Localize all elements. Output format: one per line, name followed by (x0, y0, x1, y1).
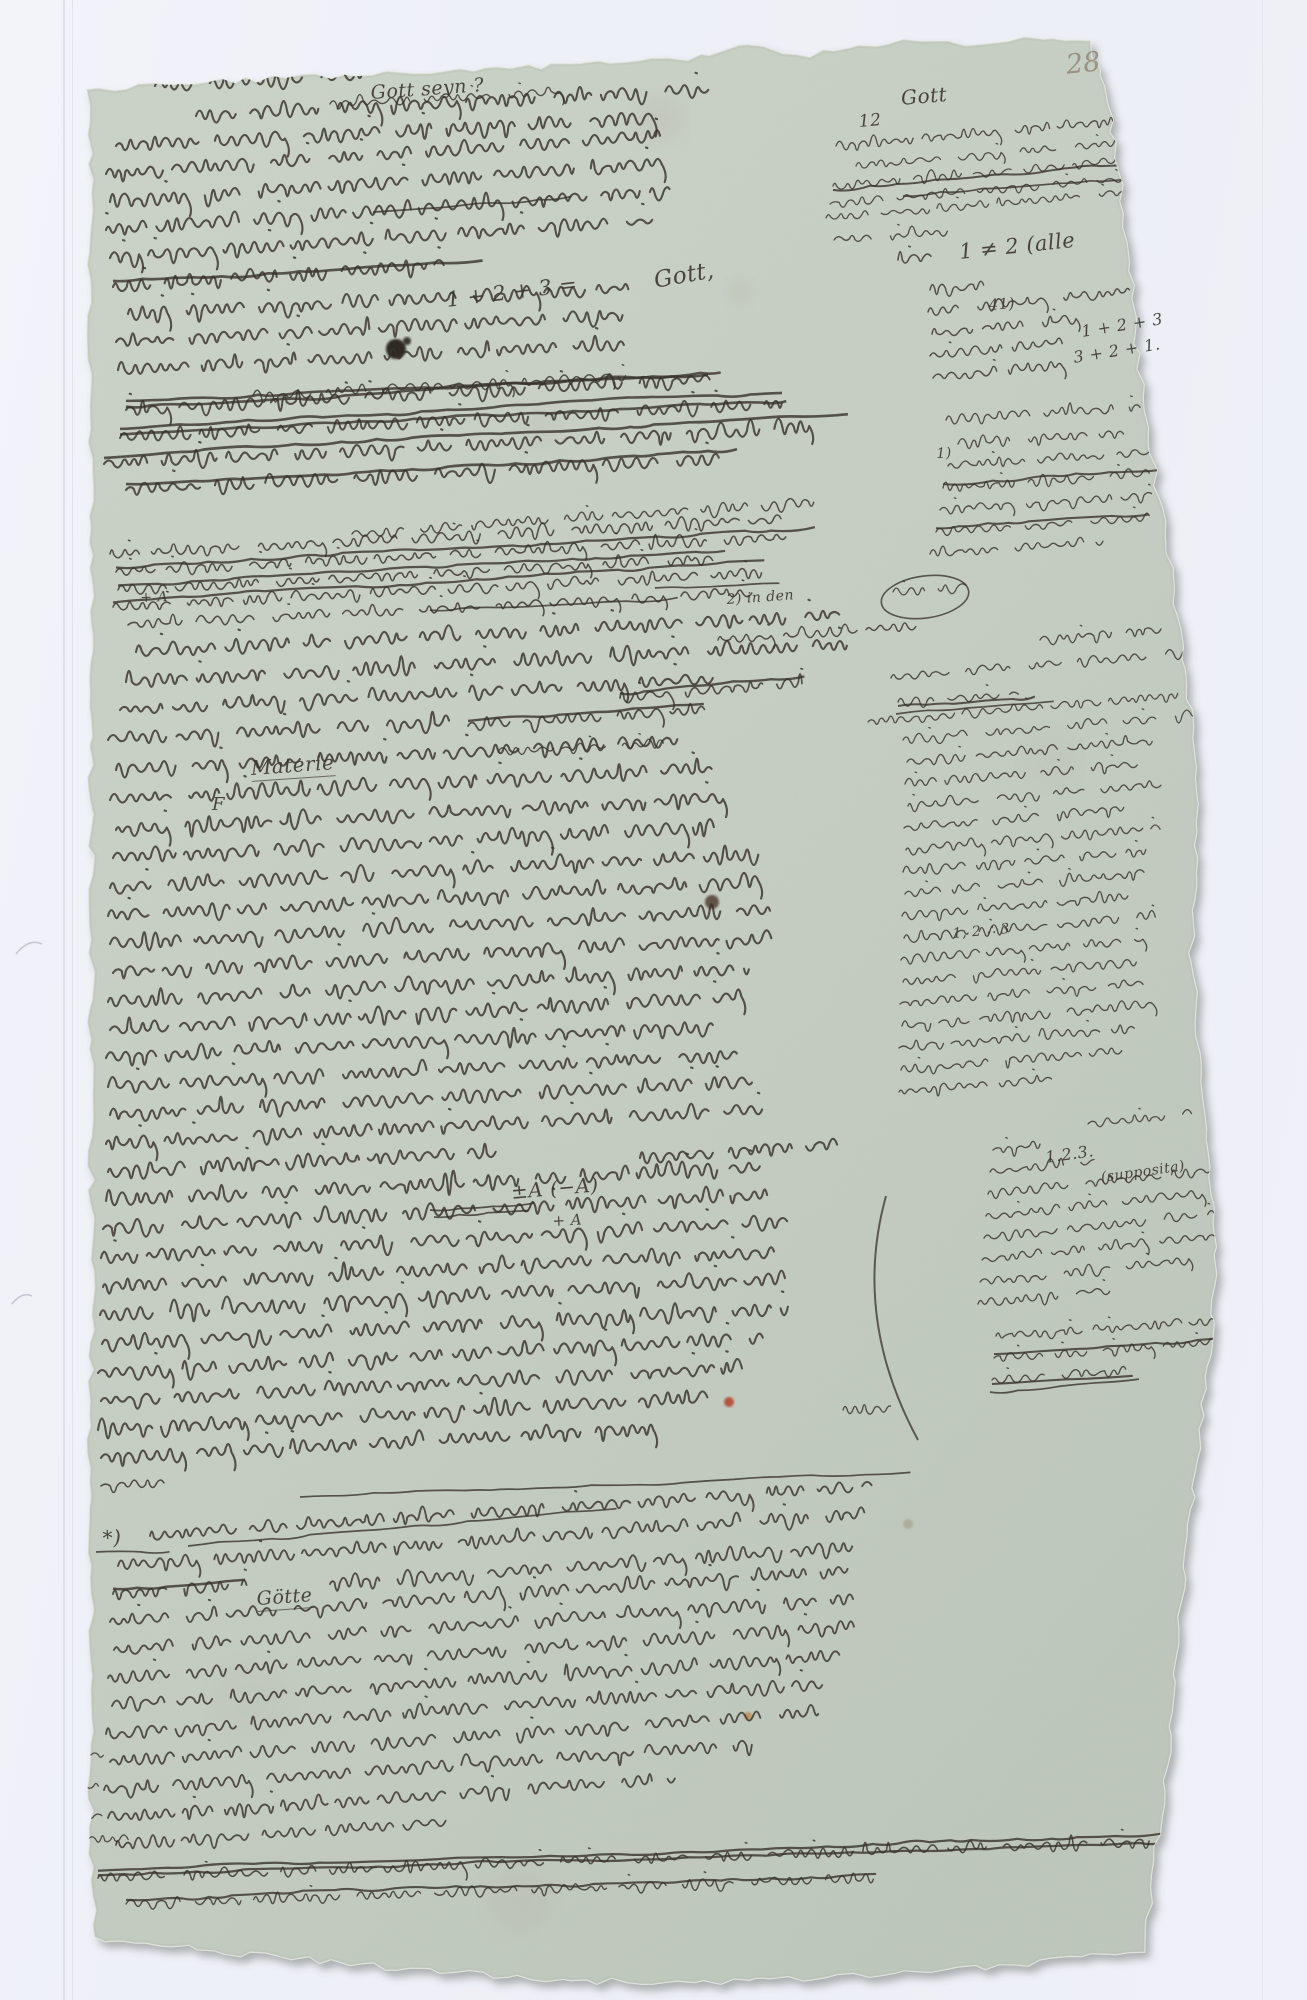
ink-stain (726, 278, 754, 306)
ink-stain (403, 337, 411, 345)
paper-texture (0, 0, 1307, 2000)
pencil-marks (12, 942, 42, 1304)
ink-stain (903, 1519, 913, 1529)
pencil-squiggle (16, 942, 42, 954)
ink-stain (1020, 730, 1080, 790)
ink-stain (484, 1864, 556, 1936)
paper-sheet (0, 0, 1307, 2000)
manuscript-page (0, 0, 1307, 2000)
ink-stain (634, 94, 686, 146)
pencil-squiggle (12, 1295, 32, 1304)
page-number: 28 (1064, 46, 1101, 80)
ink-stain (724, 1397, 734, 1407)
scanned-document: Gott seyn ?Gott121 + 2 + 3 =Gott,1 ≠ 2 (… (0, 0, 1307, 2000)
